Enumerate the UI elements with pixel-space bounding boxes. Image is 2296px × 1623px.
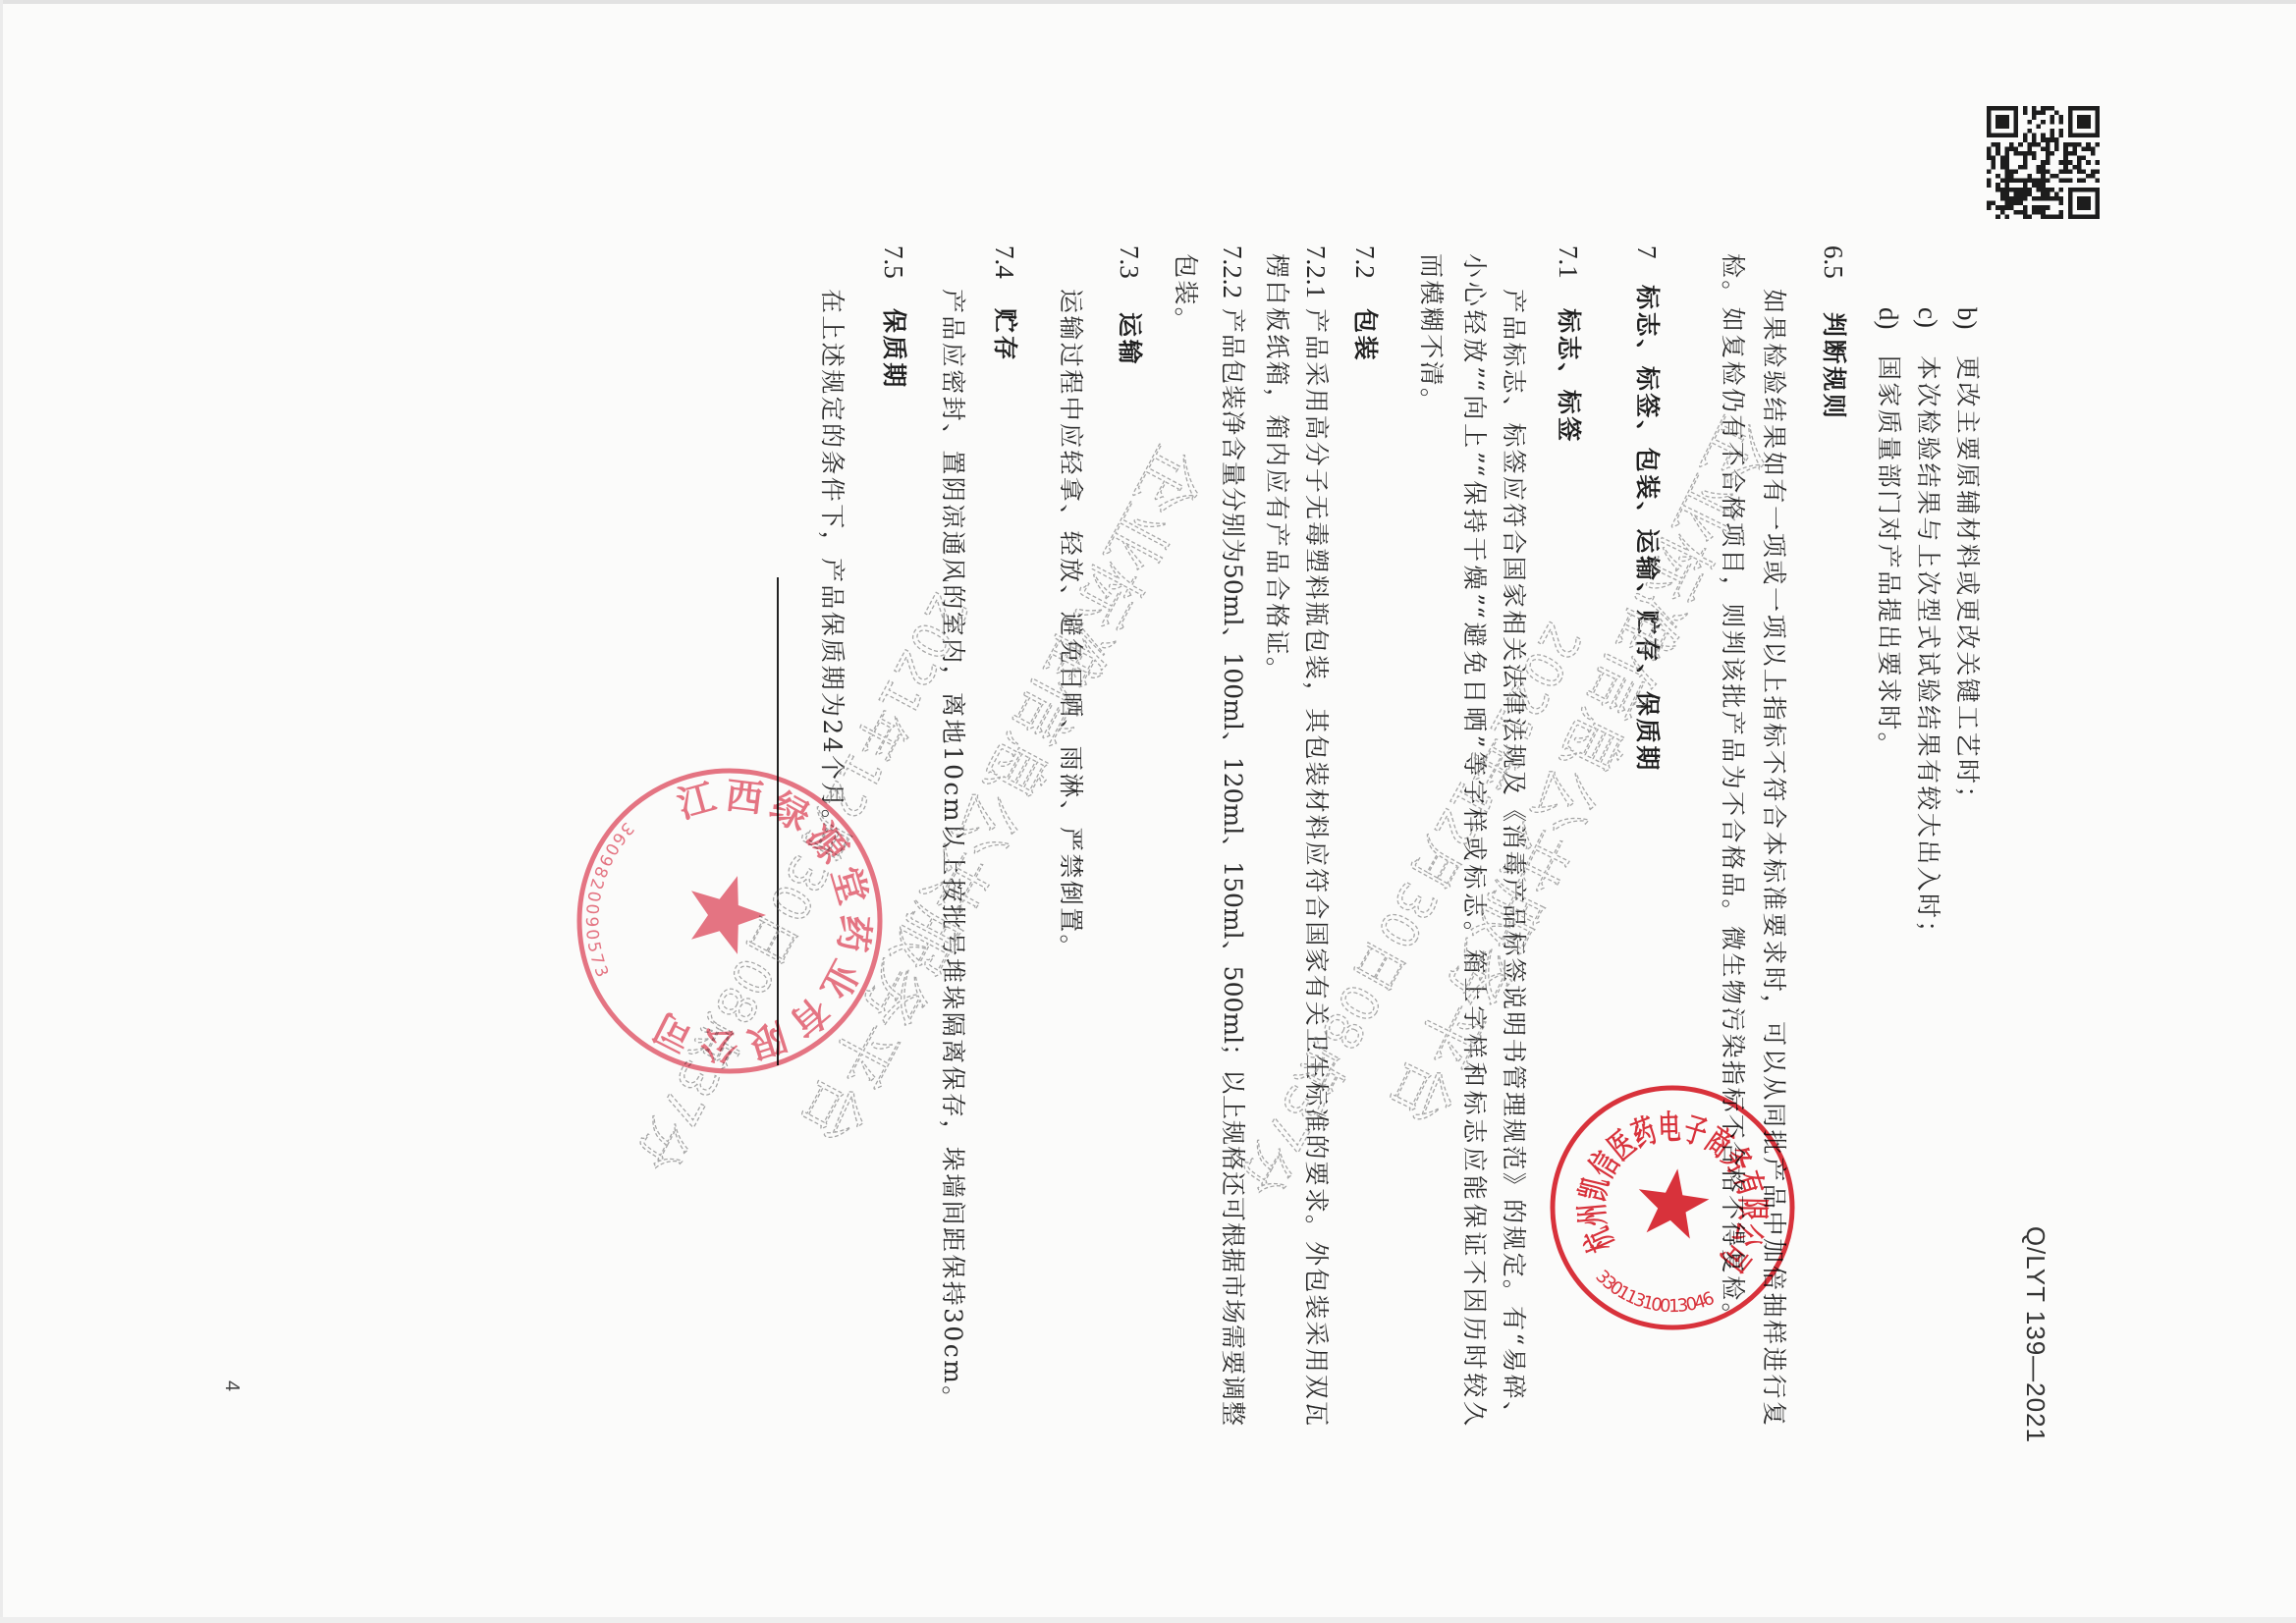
standard-code-header: Q/LYT 139—2021 bbox=[2020, 1168, 2051, 1443]
paragraph-line: 产品包装净含量分别为50ml、100ml、120ml、150ml、500ml；以… bbox=[1217, 308, 1248, 1426]
clause-number: 7.2.1 bbox=[1300, 245, 1332, 298]
paragraph-line: 楞白板纸箱，箱内应有产品合格证。 bbox=[1261, 253, 1292, 683]
list-label: b) bbox=[1951, 307, 1983, 330]
paragraph-line: 检。如复检仍有不合格项目，则判该批产品为不合格品。微生物污染指标不合格不得复检。 bbox=[1717, 253, 1748, 1329]
section-heading-packaging: 包装 bbox=[1349, 308, 1381, 362]
paragraph-line: 包装。 bbox=[1170, 253, 1201, 334]
page-number: 4 bbox=[218, 1380, 246, 1391]
clause-number: 7.2.2 bbox=[1217, 245, 1248, 298]
list-item-text: 本次检验结果与上次型式试验结果有较大出入时； bbox=[1912, 355, 1943, 947]
section-number: 7.2 bbox=[1349, 245, 1381, 279]
paragraph-line: 在上述规定的条件下，产品保质期为24个月。 bbox=[816, 289, 847, 836]
list-item-text: 更改主要原辅材料或更改关键工艺时； bbox=[1951, 355, 1983, 813]
section-heading-storage: 贮存 bbox=[989, 308, 1020, 362]
section-heading-marking-labels: 标志、标签 bbox=[1553, 308, 1584, 444]
section-heading-transport: 运输 bbox=[1114, 312, 1145, 366]
section-number: 6.5 bbox=[1818, 245, 1849, 279]
section-heading-judgement-rules: 判断规则 bbox=[1818, 312, 1849, 420]
paragraph-line: 产品标志、标签应符合国家相关法律法规及《消毒产品标签说明书管理规范》的规定。有“… bbox=[1498, 289, 1529, 1426]
paragraph-line: 运输过程中应轻拿、轻放、避免日晒、雨淋、严禁倒置。 bbox=[1055, 289, 1086, 961]
section-heading-shelf-life: 保质期 bbox=[878, 308, 909, 390]
section-number: 7.1 bbox=[1553, 245, 1584, 279]
list-label: c) bbox=[1912, 307, 1943, 328]
list-label: d) bbox=[1873, 307, 1904, 330]
paragraph-line: 产品采用高分子无毒塑料瓶包装，其包装材料应符合国家有关卫生标准的要求。外包装采用… bbox=[1300, 308, 1332, 1426]
qr-code-icon bbox=[1987, 106, 2100, 219]
section-number: 7.5 bbox=[878, 245, 909, 279]
paragraph-line: 小心轻放”“向上”“保持干燥”“避免日晒”等字样或标志。箱上字样和标志应能保证不… bbox=[1458, 253, 1490, 1426]
chapter-number: 7 bbox=[1631, 245, 1663, 259]
section-number: 7.3 bbox=[1114, 245, 1145, 279]
paragraph-line: 产品应密封、置阴凉通风的室内，离地10cm以上按批号堆垛隔离保存，垛墙间距保持3… bbox=[937, 289, 968, 1413]
chapter-heading: 标志、标签、包装、运输、贮存、保质期 bbox=[1631, 285, 1663, 773]
document-page: Q/LYT 139—2021 b) 更改主要原辅材料或更改关键工艺时； c) 本… bbox=[0, 0, 2296, 1623]
section-number: 7.4 bbox=[989, 245, 1020, 279]
paragraph-line: 如果检验结果如有一项或一项以上指标不符合本标准要求时，可以从同批产品中加倍抽样进… bbox=[1758, 289, 1789, 1426]
end-of-standard-rule bbox=[777, 577, 779, 1065]
paragraph-line: 而模糊不清。 bbox=[1415, 253, 1447, 414]
list-item-text: 国家质量部门对产品提出要求时。 bbox=[1873, 355, 1904, 759]
